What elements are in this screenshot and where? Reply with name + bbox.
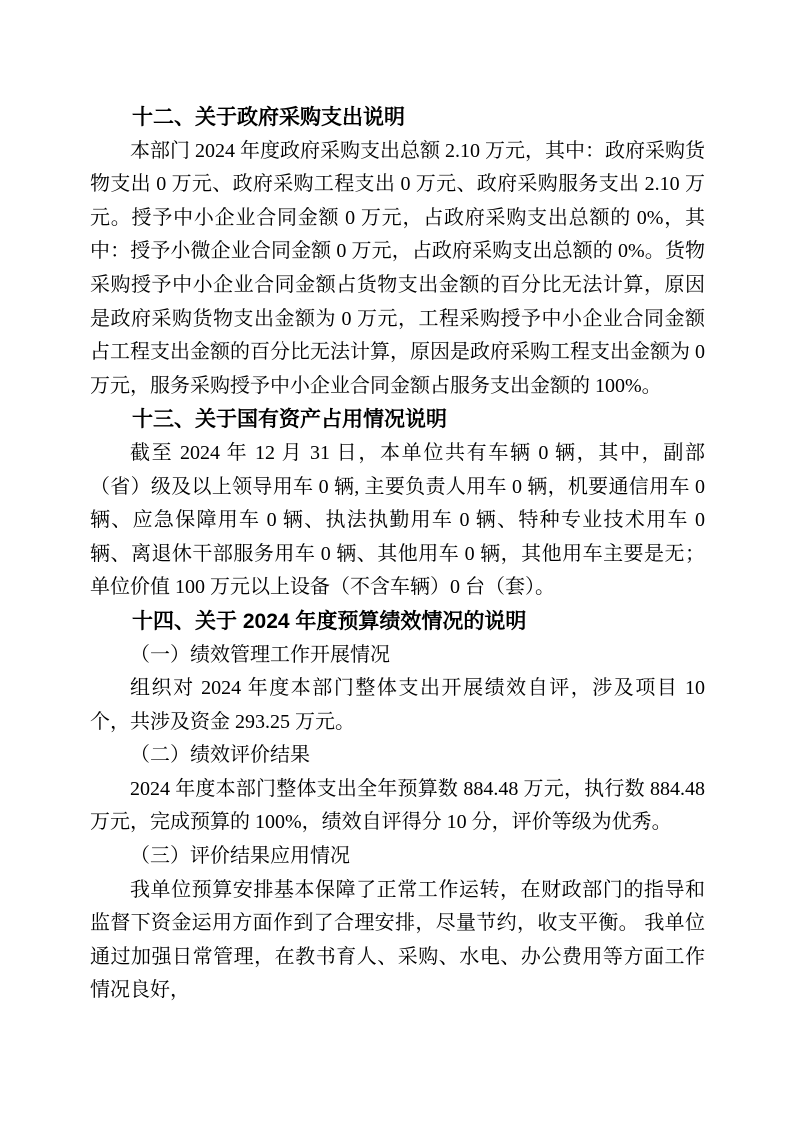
document-page: 十二、关于政府采购支出说明 本部门 2024 年度政府采购支出总额 2.10 万… [0,0,793,1122]
subsection-3-paragraph: 我单位预算安排基本保障了正常工作运转，在财政部门的指导和监督下资金运用方面作到了… [90,874,705,1008]
subsection-2-paragraph: 2024 年度本部门整体支出全年预算数 884.48 万元，执行数 884.48… [90,773,705,840]
subsection-3-heading: （三）评价结果应用情况 [90,840,705,874]
section-12-heading: 十二、关于政府采购支出说明 [90,101,705,135]
section-13-paragraph: 截至 2024 年 12 月 31 日，本单位共有车辆 0 辆，其中，副部（省）… [90,437,705,605]
subsection-2-heading: （二）绩效评价结果 [90,739,705,773]
subsection-1-heading: （一）绩效管理工作开展情况 [90,639,705,673]
section-14-heading: 十四、关于 2024 年度预算绩效情况的说明 [90,605,705,639]
section-13-heading: 十三、关于国有资产占用情况说明 [90,403,705,437]
subsection-1-paragraph: 组织对 2024 年度本部门整体支出开展绩效自评，涉及项目 10 个，共涉及资金… [90,672,705,739]
section-12-paragraph: 本部门 2024 年度政府采购支出总额 2.10 万元，其中：政府采购货物支出 … [90,135,705,404]
